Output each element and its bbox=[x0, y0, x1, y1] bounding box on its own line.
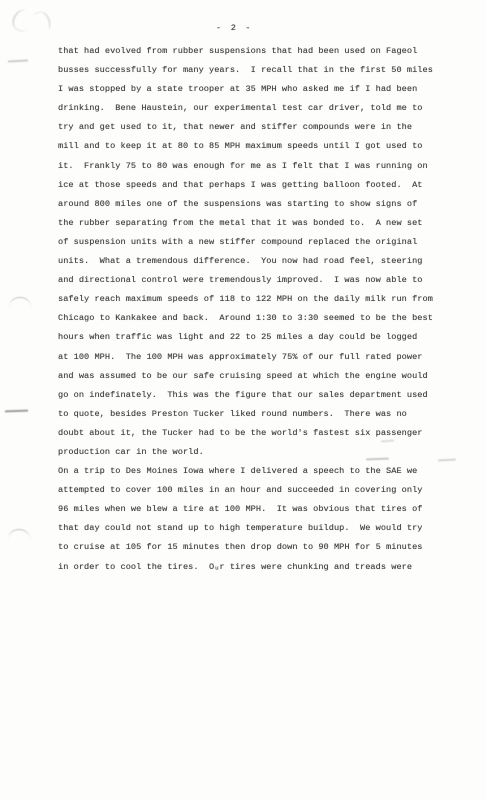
text-line: go on indefinately. This was the figure … bbox=[58, 386, 433, 405]
pencil-arc-margin-1 bbox=[9, 297, 31, 307]
text-line: of suspension units with a new stiffer c… bbox=[58, 233, 433, 252]
text-line: and directional control were tremendousl… bbox=[58, 271, 433, 290]
text-line: that had evolved from rubber suspensions… bbox=[58, 42, 433, 61]
text-line: 96 miles when we blew a tire at 100 MPH.… bbox=[58, 500, 433, 519]
text-line: safely reach maximum speeds of 118 to 12… bbox=[58, 290, 433, 309]
text-line: drinking. Bene Haustein, our experimenta… bbox=[58, 99, 433, 118]
text-line: hours when traffic was light and 22 to 2… bbox=[58, 328, 433, 347]
pencil-dash-margin-2 bbox=[5, 410, 28, 413]
text-line: in order to cool the tires. Oᵤr tires we… bbox=[58, 558, 433, 577]
document-body: that had evolved from rubber suspensions… bbox=[58, 42, 433, 577]
text-line: it. Frankly 75 to 80 was enough for me a… bbox=[58, 157, 433, 176]
pencil-dash-margin-1 bbox=[8, 59, 28, 62]
pencil-arc-margin-2 bbox=[8, 529, 30, 539]
text-line: On a trip to Des Moines Iowa where I del… bbox=[58, 462, 433, 481]
pencil-scribble-top-left bbox=[9, 6, 34, 33]
text-line: to quote, besides Preston Tucker liked r… bbox=[58, 405, 433, 424]
text-line: and was assumed to be our safe cruising … bbox=[58, 367, 433, 386]
page-number: - 2 - bbox=[216, 23, 253, 33]
text-line: mill and to keep it at 80 to 85 MPH maxi… bbox=[58, 137, 433, 156]
text-line: doubt about it, the Tucker had to be the… bbox=[58, 424, 433, 443]
text-line: the rubber separating from the metal tha… bbox=[58, 214, 433, 233]
text-line: at 100 MPH. The 100 MPH was approximatel… bbox=[58, 348, 433, 367]
text-line: to cruise at 105 for 15 minutes then dro… bbox=[58, 538, 433, 557]
text-line: around 800 miles one of the suspensions … bbox=[58, 195, 433, 214]
text-line: that day could not stand up to high temp… bbox=[58, 519, 433, 538]
text-line: units. What a tremendous difference. You… bbox=[58, 252, 433, 271]
text-line: busses successfully for many years. I re… bbox=[58, 61, 433, 80]
text-line: ice at those speeds and that perhaps I w… bbox=[58, 176, 433, 195]
pencil-scribble-top-left-2 bbox=[34, 9, 53, 32]
text-line: try and get used to it, that newer and s… bbox=[58, 118, 433, 137]
scanned-page: - 2 - that had evolved from rubber suspe… bbox=[0, 0, 486, 800]
text-line: attempted to cover 100 miles in an hour … bbox=[58, 481, 433, 500]
text-line: Chicago to Kankakee and back. Around 1:3… bbox=[58, 309, 433, 328]
scan-smudge-right-2 bbox=[438, 459, 456, 462]
text-line: production car in the world. bbox=[58, 443, 433, 462]
text-line: I was stopped by a state trooper at 35 M… bbox=[58, 80, 433, 99]
